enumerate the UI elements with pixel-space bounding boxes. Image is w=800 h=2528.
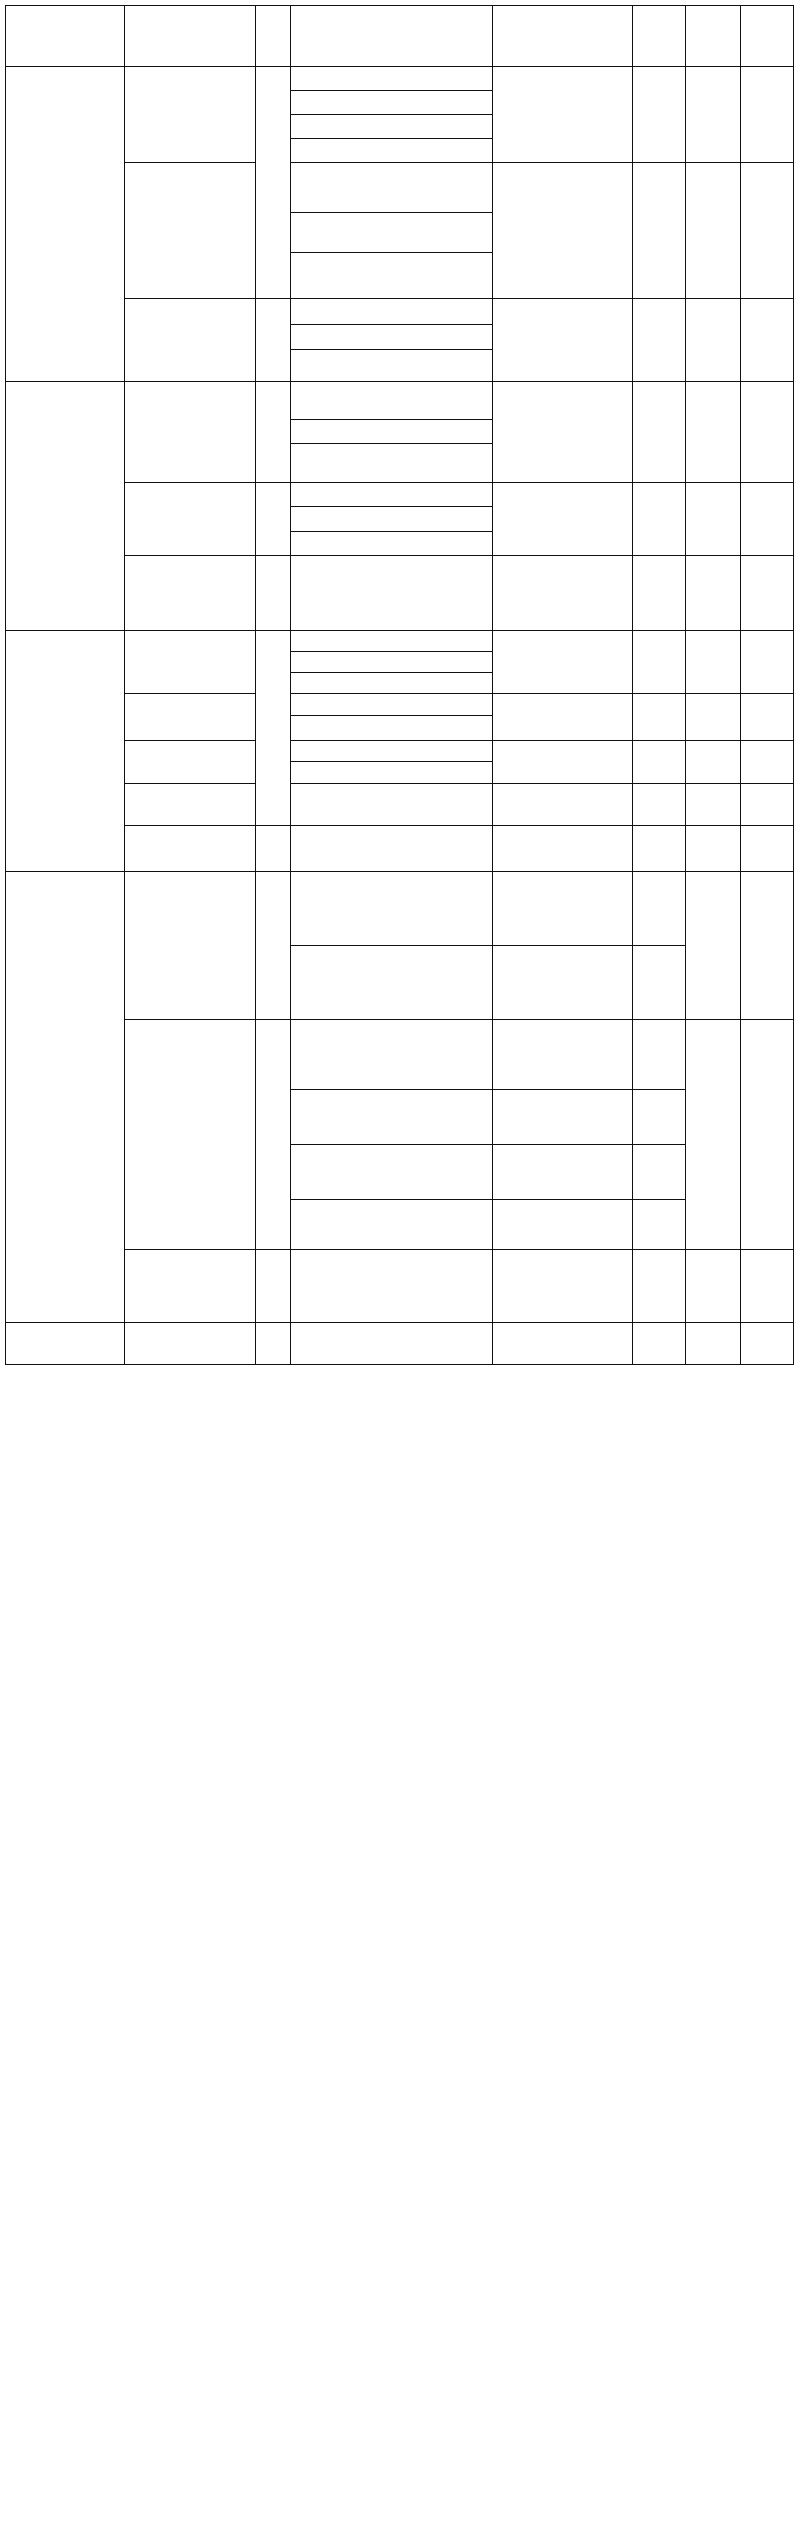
planned-enrollment [632,1200,685,1250]
planned-enrollment [632,382,685,483]
research-direction [290,762,492,784]
planned-enrollment [632,826,685,872]
degree-type [256,1323,291,1365]
planned-enrollment [632,483,685,556]
veteran-program [740,872,793,1020]
major-name [125,382,256,483]
major-name [125,694,256,741]
planned-enrollment [632,946,685,1020]
planned-enrollment [632,1323,685,1365]
research-direction [290,91,492,115]
research-direction [290,1090,492,1145]
research-direction [290,1020,492,1090]
degree-type [256,1250,291,1323]
research-direction [290,1250,492,1323]
research-direction [290,350,492,382]
exempt-plan [686,741,740,784]
research-direction [290,1323,492,1365]
research-direction [290,1145,492,1200]
research-direction [290,631,492,652]
table-body [6,67,794,1365]
exempt-plan [686,1250,740,1323]
research-direction [290,507,492,532]
major-name [125,67,256,163]
veteran-program [740,163,793,299]
research-direction [290,213,492,253]
planned-enrollment [632,67,685,163]
exempt-plan [686,631,740,694]
exam-subjects [492,1323,632,1365]
table-row [6,382,794,420]
exempt-plan [686,483,740,556]
exam-subjects [492,556,632,631]
college-name [6,872,125,1323]
major-name [125,631,256,694]
exempt-plan [686,872,740,1020]
research-direction [290,1200,492,1250]
exempt-plan [686,382,740,483]
research-direction [290,139,492,163]
major-name [125,1020,256,1250]
exempt-plan [686,299,740,382]
research-direction [290,382,492,420]
major-name [125,556,256,631]
veteran-program [740,741,793,784]
degree-type [256,299,291,382]
research-direction [290,872,492,946]
college-name [6,67,125,382]
planned-enrollment [632,694,685,741]
veteran-program [740,1020,793,1250]
research-direction [290,784,492,826]
research-direction [290,67,492,91]
exam-subjects [492,382,632,483]
exam-subjects [492,694,632,741]
research-direction [290,946,492,1020]
research-direction [290,673,492,694]
header-college [6,6,125,67]
table-row [6,1323,794,1365]
major-name [125,872,256,1020]
degree-type [256,382,291,483]
college-name [6,1323,125,1365]
research-direction [290,163,492,213]
research-direction [290,483,492,507]
table-row [6,67,794,91]
degree-type [256,556,291,631]
research-direction [290,532,492,556]
veteran-program [740,483,793,556]
table-header-row [6,6,794,67]
exempt-plan [686,163,740,299]
exam-subjects [492,946,632,1020]
exam-subjects [492,299,632,382]
research-direction [290,115,492,139]
exam-subjects [492,67,632,163]
degree-type [256,67,291,299]
research-direction [290,741,492,762]
research-direction [290,253,492,299]
veteran-program [740,694,793,741]
major-name [125,741,256,784]
table-row [6,631,794,652]
veteran-program [740,67,793,163]
degree-type [256,1020,291,1250]
header-exempt-plan [686,6,740,67]
veteran-program [740,631,793,694]
exam-subjects [492,1020,632,1090]
header-major [125,6,256,67]
header-planned-enrollment [632,6,685,67]
veteran-program [740,382,793,483]
exam-subjects [492,1145,632,1200]
research-direction [290,420,492,444]
header-veteran-program [740,6,793,67]
header-research-direction [290,6,492,67]
header-type [256,6,291,67]
major-name [125,1250,256,1323]
planned-enrollment [632,1020,685,1090]
veteran-program [740,826,793,872]
research-direction [290,556,492,631]
veteran-program [740,1323,793,1365]
planned-enrollment [632,556,685,631]
veteran-program [740,556,793,631]
degree-type [256,872,291,1020]
planned-enrollment [632,631,685,694]
exam-subjects [492,483,632,556]
major-name [125,1323,256,1365]
major-name [125,163,256,299]
exam-subjects [492,826,632,872]
research-direction [290,826,492,872]
planned-enrollment [632,872,685,946]
exempt-plan [686,1323,740,1365]
research-direction [290,652,492,673]
planned-enrollment [632,741,685,784]
exempt-plan [686,556,740,631]
header-exam-subjects [492,6,632,67]
research-direction [290,694,492,716]
college-name [6,382,125,631]
major-name [125,483,256,556]
page [0,0,800,1385]
planned-enrollment [632,1250,685,1323]
research-direction [290,716,492,741]
planned-enrollment [632,163,685,299]
enrollment-plan-table [5,5,794,1365]
exam-subjects [492,163,632,299]
planned-enrollment [632,299,685,382]
exempt-plan [686,826,740,872]
exempt-plan [686,694,740,741]
research-direction [290,299,492,325]
planned-enrollment [632,1145,685,1200]
exam-subjects [492,1200,632,1250]
planned-enrollment [632,1090,685,1145]
degree-type [256,631,291,826]
exam-subjects [492,631,632,694]
degree-type [256,826,291,872]
major-name [125,826,256,872]
major-name [125,299,256,382]
exam-subjects [492,741,632,784]
degree-type [256,483,291,556]
veteran-program [740,299,793,382]
exempt-plan [686,67,740,163]
veteran-program [740,784,793,826]
college-name [6,631,125,872]
exam-subjects [492,784,632,826]
exempt-plan [686,1020,740,1250]
planned-enrollment [632,784,685,826]
exam-subjects [492,1250,632,1323]
research-direction [290,325,492,350]
major-name [125,784,256,826]
exam-subjects [492,1090,632,1145]
table-row [6,872,794,946]
exempt-plan [686,784,740,826]
research-direction [290,444,492,483]
exam-subjects [492,872,632,946]
veteran-program [740,1250,793,1323]
